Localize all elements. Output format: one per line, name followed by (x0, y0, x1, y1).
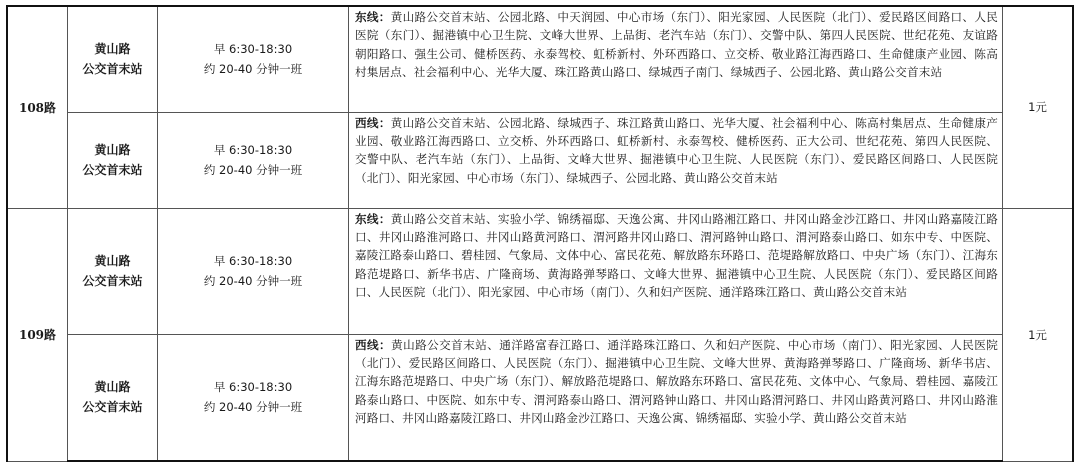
stops-text: 黄山路公交首末站、实验小学、锦绣福邸、天逸公寓、井冈山路湘江路口、井冈山路金沙江… (355, 212, 998, 300)
table-row: 黄山路 公交首末站 早 6:30-18:30 约 20-40 分钟一班 西线：黄… (7, 112, 1073, 208)
table-row: 109路 黄山路 公交首末站 早 6:30-18:30 约 20-40 分钟一班… (7, 208, 1073, 334)
service-frequency: 约 20-40 分钟一班 (158, 271, 348, 291)
route-number: 108路 (19, 101, 56, 115)
direction-label: 西线： (355, 338, 391, 352)
service-hours: 早 6:30-18:30 (158, 39, 348, 59)
service-frequency: 约 20-40 分钟一班 (158, 59, 348, 79)
service-hours: 早 6:30-18:30 (158, 140, 348, 160)
fare-cell: 1元 (1003, 6, 1074, 208)
stops-list: 东线：黄山路公交首末站、实验小学、锦绣福邸、天逸公寓、井冈山路湘江路口、井冈山路… (355, 210, 998, 302)
fare-cell: 1元 (1003, 208, 1074, 461)
service-frequency: 约 20-40 分钟一班 (158, 397, 348, 417)
terminal-type: 公交首末站 (68, 397, 157, 417)
stops-cell: 西线：黄山路公交首末站、通洋路富春江路口、通洋路珠江路口、久和妇产医院、中心市场… (349, 334, 1003, 461)
route-number: 109路 (19, 328, 56, 342)
service-hours: 早 6:30-18:30 (158, 251, 348, 271)
hours-cell: 早 6:30-18:30 约 20-40 分钟一班 (158, 112, 349, 208)
stops-list: 西线：黄山路公交首末站、通洋路富春江路口、通洋路珠江路口、久和妇产医院、中心市场… (355, 336, 998, 428)
terminal-cell: 黄山路 公交首末站 (68, 6, 158, 112)
direction-label: 东线： (355, 10, 391, 24)
terminal-name: 黄山路 (68, 39, 157, 59)
terminal-type: 公交首末站 (68, 59, 157, 79)
terminal-name: 黄山路 (68, 377, 157, 397)
terminal-name: 黄山路 (68, 251, 157, 271)
terminal-cell: 黄山路 公交首末站 (68, 334, 158, 461)
table-row: 108路 黄山路 公交首末站 早 6:30-18:30 约 20-40 分钟一班… (7, 6, 1073, 112)
direction-label: 东线： (355, 212, 391, 226)
stops-list: 西线：黄山路公交首末站、公园北路、绿城西子、珠江路黄山路口、光华大厦、社会福利中… (355, 114, 998, 188)
terminal-name: 黄山路 (68, 140, 157, 160)
route-number-cell: 108路 (7, 6, 68, 208)
stops-text: 黄山路公交首末站、通洋路富春江路口、通洋路珠江路口、久和妇产医院、中心市场（南门… (355, 338, 998, 426)
terminal-type: 公交首末站 (68, 160, 157, 180)
stops-cell: 东线：黄山路公交首末站、公园北路、中天润园、中心市场（东门）、阳光家园、人民医院… (349, 6, 1003, 112)
stops-cell: 西线：黄山路公交首末站、公园北路、绿城西子、珠江路黄山路口、光华大厦、社会福利中… (349, 112, 1003, 208)
stops-text: 黄山路公交首末站、公园北路、绿城西子、珠江路黄山路口、光华大厦、社会福利中心、陈… (355, 116, 998, 185)
stops-cell: 东线：黄山路公交首末站、实验小学、锦绣福邸、天逸公寓、井冈山路湘江路口、井冈山路… (349, 208, 1003, 334)
terminal-cell: 黄山路 公交首末站 (68, 208, 158, 334)
route-number-cell: 109路 (7, 208, 68, 461)
terminal-cell: 黄山路 公交首末站 (68, 112, 158, 208)
service-hours: 早 6:30-18:30 (158, 377, 348, 397)
table-row: 黄山路 公交首末站 早 6:30-18:30 约 20-40 分钟一班 西线：黄… (7, 334, 1073, 461)
hours-cell: 早 6:30-18:30 约 20-40 分钟一班 (158, 334, 349, 461)
bus-route-table: 108路 黄山路 公交首末站 早 6:30-18:30 约 20-40 分钟一班… (6, 5, 1074, 462)
direction-label: 西线： (355, 116, 391, 130)
stops-text: 黄山路公交首末站、公园北路、中天润园、中心市场（东门）、阳光家园、人民医院（北门… (355, 10, 998, 79)
fare: 1元 (1028, 328, 1047, 342)
hours-cell: 早 6:30-18:30 约 20-40 分钟一班 (158, 208, 349, 334)
stops-list: 东线：黄山路公交首末站、公园北路、中天润园、中心市场（东门）、阳光家园、人民医院… (355, 8, 998, 82)
service-frequency: 约 20-40 分钟一班 (158, 160, 348, 180)
terminal-type: 公交首末站 (68, 271, 157, 291)
hours-cell: 早 6:30-18:30 约 20-40 分钟一班 (158, 6, 349, 112)
fare: 1元 (1028, 100, 1047, 114)
